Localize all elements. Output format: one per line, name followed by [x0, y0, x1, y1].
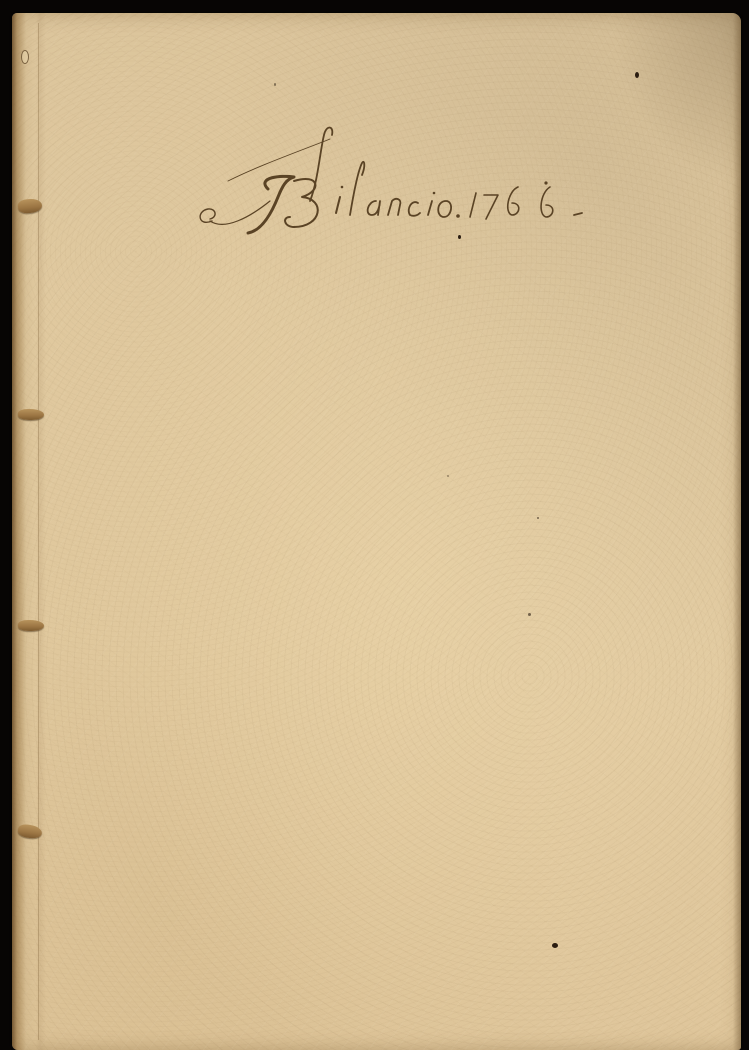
worn-corner: [611, 13, 741, 183]
right-edge-wear: [733, 13, 741, 1050]
ink-speck: [447, 475, 449, 477]
ink-speck: [537, 517, 539, 519]
binding-tie: [18, 409, 44, 420]
ink-speck: [552, 943, 558, 948]
ink-speck: [274, 83, 276, 86]
binding-hole: [21, 50, 29, 64]
ink-speck: [528, 613, 531, 616]
binding-tie: [18, 620, 44, 631]
calligraphy-title-graphic: [190, 121, 610, 251]
ink-speck: [635, 72, 639, 78]
document-cover: Bilancio 1766: [12, 13, 741, 1050]
handwritten-title: Bilancio 1766: [190, 121, 610, 251]
spine-fold-line: [38, 23, 39, 1040]
binding-spine: [12, 13, 46, 1050]
ink-speck: [458, 235, 461, 239]
photo-scene: Bilancio 1766: [0, 0, 749, 1050]
